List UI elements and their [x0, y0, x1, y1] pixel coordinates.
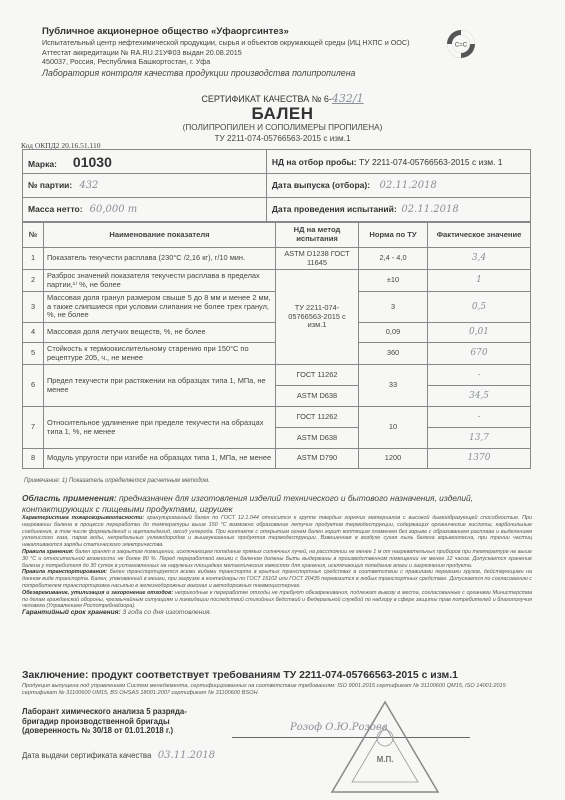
company-header: Публичное акционерное общество «Уфаоргси…	[42, 26, 409, 79]
detail-text: 3 года со дня изготовления.	[123, 609, 212, 616]
table-row: 7 Относительное удлинение при пределе те…	[23, 407, 531, 428]
actual-value: -	[428, 365, 531, 386]
table-header-row: № Наименование показателя НД на метод ис…	[23, 223, 531, 248]
product-details: Характеристика пожаровзрывоопасности: гр…	[22, 515, 532, 617]
norm: 360	[359, 343, 428, 365]
product-description: (ПОЛИПРОПИЛЕН И СОПОЛИМЕРЫ ПРОПИЛЕНА)	[0, 123, 565, 134]
header-line: Испытательный центр нефтехимической прод…	[42, 38, 409, 48]
table-row: 8 Модуль упругости при изгибе на образца…	[23, 449, 531, 469]
detail-label: Правила транспортирования:	[22, 569, 107, 575]
test-date-label: Дата проведения испытаний:	[272, 204, 397, 214]
issue-date-label: Дата выдачи сертификата качества	[22, 751, 151, 760]
detail-label: Правила хранения:	[22, 549, 74, 555]
mass-label: Масса нетто:	[28, 204, 83, 214]
release-date-label: Дата выпуска (отбора):	[272, 180, 370, 190]
norm: 0,09	[359, 323, 428, 343]
grade-label: Марка:	[28, 159, 57, 169]
signer-line: бригадир производственной бригады	[22, 717, 187, 727]
actual-value: -	[428, 407, 531, 428]
row-number: 5	[23, 343, 44, 365]
actual-value: 1	[428, 270, 531, 292]
method: ГОСТ 11262	[276, 407, 359, 428]
batch-value: 432	[79, 180, 98, 191]
header-method: НД на метод испытания	[276, 223, 359, 248]
certificate-title-prefix: СЕРТИФИКАТ КАЧЕСТВА № 6-	[201, 94, 332, 104]
actual-value: 13,7	[428, 428, 531, 449]
conclusion: Заключение: продукт соответствует требов…	[22, 670, 458, 681]
method: ASTM D790	[276, 449, 359, 469]
actual-value: 34,5	[428, 386, 531, 407]
issue-date-value: 03.11.2018	[158, 750, 215, 761]
signer-position: Лаборант химического анализа 5 разряда- …	[22, 707, 187, 736]
parameter-name: Стойкость к термоокислительному старению…	[44, 343, 276, 365]
product-name: БАЛЕН	[0, 104, 565, 124]
detail-text: бален хранят в закрытом помещении, исклю…	[22, 549, 532, 569]
row-number: 8	[23, 449, 44, 469]
actual-value: 670	[428, 343, 531, 365]
detail-label: Обезвреживание, утилизация и захоронение…	[22, 590, 173, 596]
actual-value: 0,5	[428, 292, 531, 323]
organization-name: Публичное акционерное общество «Уфаоргси…	[42, 26, 409, 38]
svg-text:C=C: C=C	[455, 43, 468, 49]
header-line: Аттестат аккредитации № RA.RU.21УФ03 выд…	[42, 48, 409, 58]
actual-value: 1370	[428, 449, 531, 469]
table-row: 1 Показатель текучести расплава (230°С /…	[23, 248, 531, 270]
parameter-name: Предел текучести при растяжении на образ…	[44, 365, 276, 407]
table-row: 2 Разброс значений показателя текучести …	[23, 270, 531, 292]
header-parameter: Наименование показателя	[44, 223, 276, 248]
norm: 10	[359, 407, 428, 449]
sampling-label: НД на отбор пробы:	[272, 157, 357, 167]
norm: ±10	[359, 270, 428, 292]
method-tu: ТУ 2211-074-05766563-2015 с изм.1	[276, 270, 359, 365]
detail-label: Гарантийный срок хранения:	[22, 609, 121, 616]
detail-transport: Правила транспортирования: бален транспо…	[22, 569, 532, 589]
method: ASTM D1238 ГОСТ 11645	[276, 248, 359, 270]
method: ASTM D638	[276, 428, 359, 449]
application-area: Область применения: предназначен для изг…	[22, 493, 532, 514]
application-label: Область применения:	[22, 493, 117, 503]
issue-date: Дата выдачи сертификата качества 03.11.2…	[22, 750, 215, 761]
norm: 33	[359, 365, 428, 407]
parameter-name: Модуль упругости при изгибе на образцах …	[44, 449, 276, 469]
parameter-name: Разброс значений показателя текучести ра…	[44, 270, 276, 292]
parameter-name: Массовая доля гранул размером свыше 5 до…	[44, 292, 276, 323]
stamp-icon: М.П.	[330, 700, 440, 795]
info-table: Марка:01030 НД на отбор пробы: ТУ 2211-0…	[22, 149, 531, 222]
row-number: 4	[23, 323, 44, 343]
row-number: 6	[23, 365, 44, 407]
detail-label: Характеристика пожаровзрывоопасности:	[22, 515, 144, 521]
header-number: №	[23, 223, 44, 248]
release-date-value: 02.11.2018	[380, 180, 437, 191]
row-number: 1	[23, 248, 44, 270]
signer-line: Лаборант химического анализа 5 разряда-	[22, 707, 187, 717]
norm: 1200	[359, 449, 428, 469]
company-logo-icon: C=C	[446, 29, 476, 59]
method: ASTM D638	[276, 386, 359, 407]
batch-label: № партии:	[28, 180, 72, 190]
detail-storage: Правила хранения: бален хранят в закрыто…	[22, 549, 532, 569]
svg-text:М.П.: М.П.	[377, 755, 394, 764]
laboratory-name: Лаборатория контроля качества продукции …	[42, 67, 409, 79]
results-table: № Наименование показателя НД на метод ис…	[22, 222, 531, 469]
norm: 2,4 - 4,0	[359, 248, 428, 270]
header-norm: Норма по ТУ	[359, 223, 428, 248]
parameter-name: Массовая доля летучих веществ, %, не бол…	[44, 323, 276, 343]
norm: 3	[359, 292, 428, 323]
conclusion-certifications: Продукция выпущена под управлением Систе…	[22, 683, 522, 697]
detail-fire-hazard: Характеристика пожаровзрывоопасности: гр…	[22, 515, 532, 549]
mass-value: 60,000 т	[90, 204, 138, 215]
test-date-value: 02.11.2018	[401, 204, 458, 215]
signer-line: (доверенность № 30/18 от 01.01.2018 г.)	[22, 726, 187, 736]
table-row: 6 Предел текучести при растяжении на обр…	[23, 365, 531, 386]
parameter-name: Относительное удлинение при пределе теку…	[44, 407, 276, 449]
table-note: Примечание: 1) Показатель определяется р…	[24, 478, 210, 484]
detail-disposal: Обезвреживание, утилизация и захоронение…	[22, 590, 532, 610]
row-number: 2	[23, 270, 44, 292]
sampling-value: ТУ 2211-074-05766563-2015 с изм. 1	[359, 157, 503, 167]
grade-value: 01030	[73, 154, 112, 170]
actual-value: 0,01	[428, 323, 531, 343]
row-number: 7	[23, 407, 44, 449]
row-number: 3	[23, 292, 44, 323]
parameter-name: Показатель текучести расплава (230°С /2,…	[44, 248, 276, 270]
actual-value: 3,4	[428, 248, 531, 270]
detail-warranty: Гарантийный срок хранения: 3 года со дня…	[22, 610, 532, 617]
header-actual: Фактическое значение	[428, 223, 531, 248]
method: ГОСТ 11262	[276, 365, 359, 386]
header-line: 450037, Россия, Республика Башкортостан,…	[42, 57, 409, 67]
